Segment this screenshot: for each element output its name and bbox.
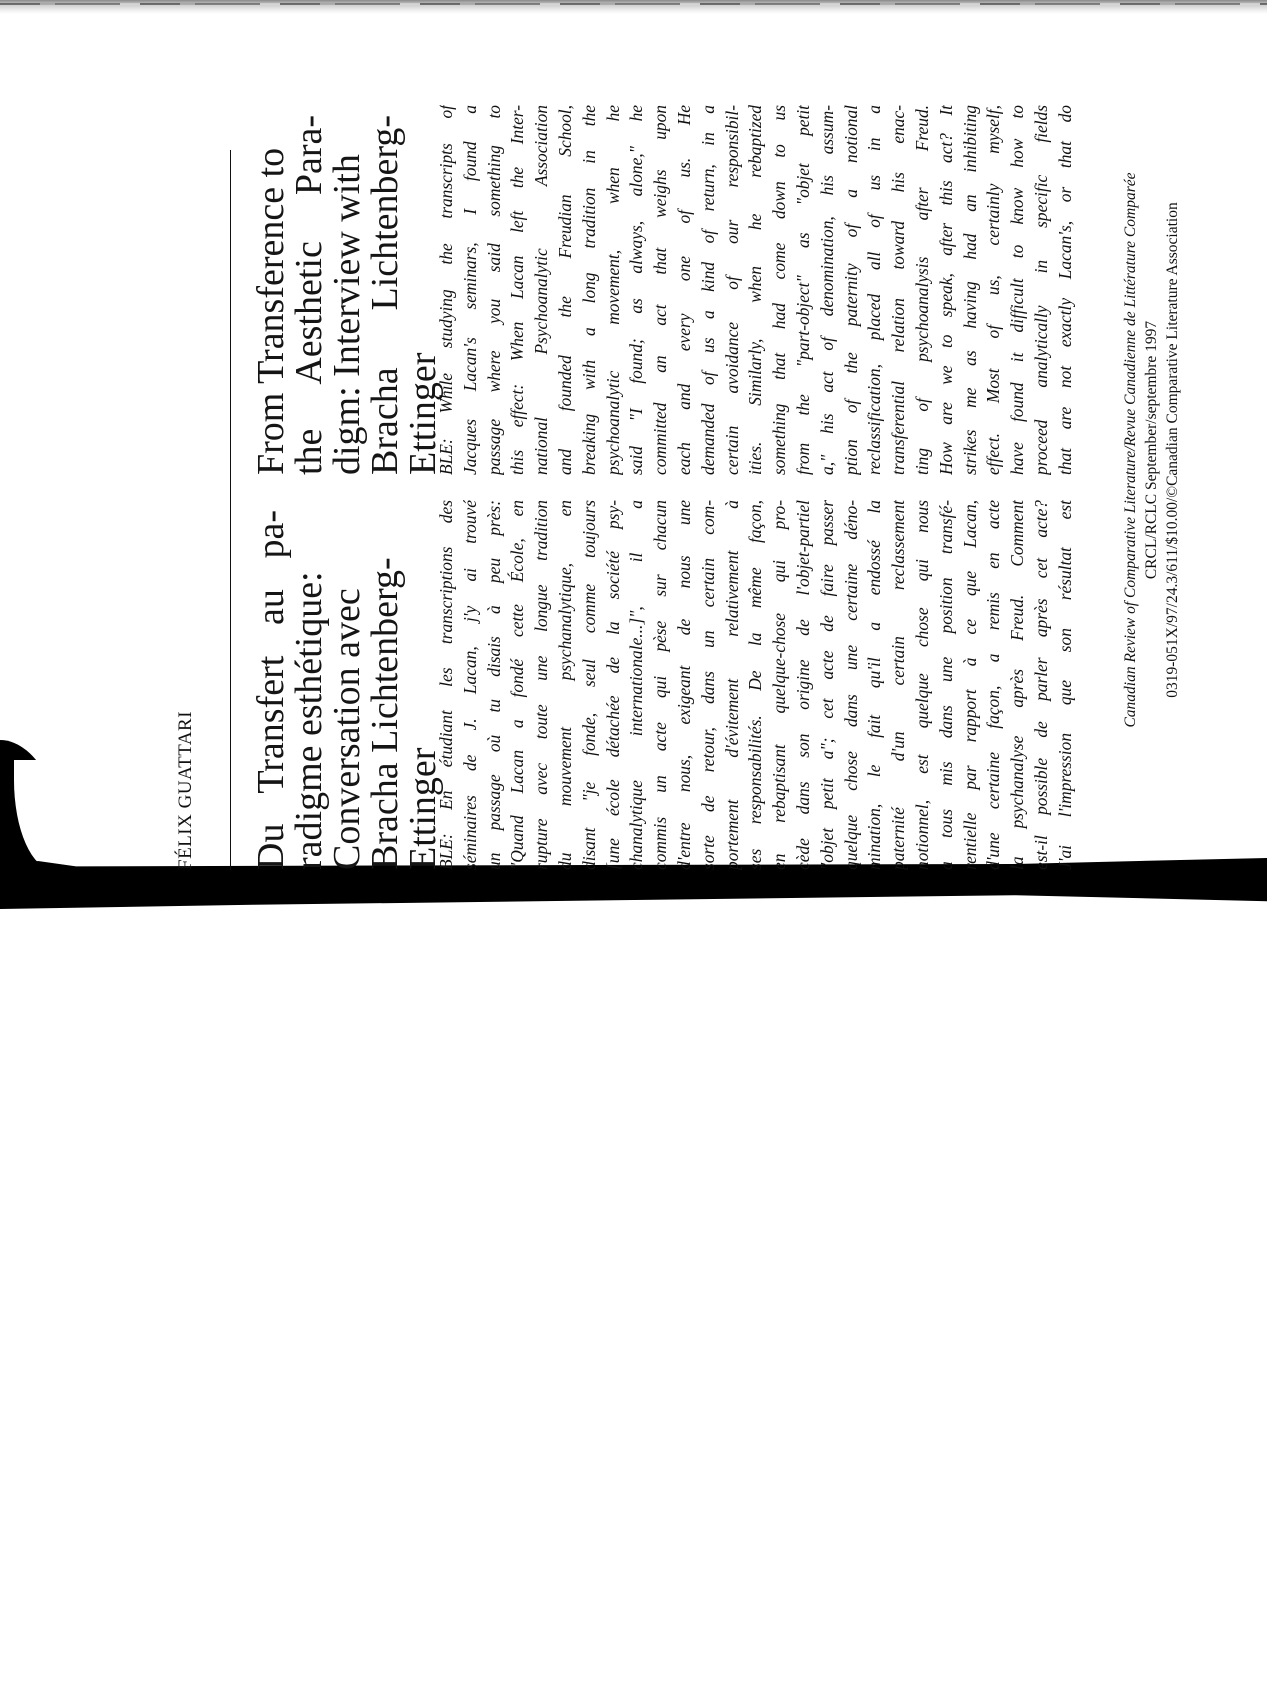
text-line: chanalytique internationale...]", il a bbox=[625, 500, 649, 870]
rotated-document-page: FÉLIX GUATTARI Du Transfert au pa- radig… bbox=[130, 30, 1230, 870]
text-line: strikes me as having had an inhibiting bbox=[959, 105, 983, 475]
text-line: ities. Similarly, when he rebaptized bbox=[744, 105, 768, 475]
text-line: something that had come down to us bbox=[768, 105, 792, 475]
text-line: effect. Most of us, certainly myself, bbox=[982, 105, 1006, 475]
text-line: reclassification, placed all of us in a bbox=[863, 105, 887, 475]
title-english: From Transference to the Aesthetic Para-… bbox=[252, 115, 442, 475]
title-line: radigme esthétique: bbox=[290, 510, 328, 870]
text-line: and founded the Freudian School, bbox=[554, 105, 578, 475]
running-head-author: FÉLIX GUATTARI bbox=[175, 711, 197, 870]
text-line: d'entre nous, exigeant de nous une bbox=[673, 500, 697, 870]
text-line: d'une certaine façon, a remis en acte bbox=[982, 500, 1006, 870]
text-line: transferential relation toward his enac- bbox=[887, 105, 911, 475]
text-line: a," his act of denomination, his assum- bbox=[816, 105, 840, 475]
text-line: rentielle par rapport à ce que Lacan, bbox=[959, 500, 983, 870]
text-line: est-il possible de parler après cet acte… bbox=[1030, 500, 1054, 870]
text-line: national Psychoanalytic Association bbox=[530, 105, 554, 475]
text-line: Jacques Lacan's seminars, I found a bbox=[459, 105, 483, 475]
article-titles: Du Transfert au pa- radigme esthétique: … bbox=[252, 110, 402, 870]
text-line: séminaires de J. Lacan, j'y ai trouvé bbox=[459, 500, 483, 870]
text-line: passage where you said something to bbox=[483, 105, 507, 475]
text-line: du mouvement psychanalytique, en bbox=[554, 500, 578, 870]
title-line: the Aesthetic Para- bbox=[290, 115, 328, 475]
text-line: committed an act that weighs upon bbox=[649, 105, 673, 475]
text-line: a tous mis dans une position transfé- bbox=[935, 500, 959, 870]
text-line: proceed analytically in specific fields bbox=[1030, 105, 1054, 475]
text-line: psychoanalytic movement, when he bbox=[602, 105, 626, 475]
text-line: certain avoidance of our responsibil- bbox=[721, 105, 745, 475]
body-column-french: BLE: En étudiant les transcriptions des … bbox=[435, 500, 1078, 870]
text-line: ting of psychoanalysis after Freud. bbox=[911, 105, 935, 475]
text-line: How are we to speak, after this act? It bbox=[935, 105, 959, 475]
text-line: "Quand Lacan a fondé cette École, en bbox=[506, 500, 530, 870]
text-line: en rebaptisant quelque-chose qui pro- bbox=[768, 500, 792, 870]
text-line: from the "part-object" as "objet petit bbox=[792, 105, 816, 475]
text-line: BLE: En étudiant les transcriptions des bbox=[435, 500, 459, 870]
text-line: ption of the paternity of a notional bbox=[840, 105, 864, 475]
title-line: Du Transfert au pa- bbox=[252, 510, 290, 870]
text-line: have found it difficult to know how to bbox=[1006, 105, 1030, 475]
text-line: disant "je fonde, seul comme toujours bbox=[578, 500, 602, 870]
text-line: each and every one of us. He bbox=[673, 105, 697, 475]
text-line: demanded of us a kind of return, in a bbox=[697, 105, 721, 475]
text-line: [une école détachée de la société psy- bbox=[602, 500, 626, 870]
text-line: la psychanalyse après Freud. Comment bbox=[1006, 500, 1030, 870]
text-line: mination, le fait qu'il a endossé la bbox=[863, 500, 887, 870]
header-rule bbox=[230, 150, 231, 870]
text-line: J'ai l'impression que son résultat est bbox=[1054, 500, 1078, 870]
scanner-edge-artifact bbox=[0, 0, 1267, 14]
text-line: commis un acte qui pèse sur chacun bbox=[649, 500, 673, 870]
text-line: breaking with a long tradition in the bbox=[578, 105, 602, 475]
title-line: digm: Interview with bbox=[328, 115, 366, 475]
text-line: cède dans son origine de l'objet-partiel bbox=[792, 500, 816, 870]
text-line: this effect: When Lacan left the Inter- bbox=[506, 105, 530, 475]
text-line: BLE: While studying the transcripts of bbox=[435, 105, 459, 475]
text-line: that are not exactly Lacan's, or that do bbox=[1054, 105, 1078, 475]
title-line: Conversation avec bbox=[328, 510, 366, 870]
footer-journal: Canadian Review of Comparative Literatur… bbox=[1120, 30, 1141, 870]
page-footer: Canadian Review of Comparative Literatur… bbox=[1120, 30, 1183, 870]
text-line: rupture avec toute une longue tradition bbox=[530, 500, 554, 870]
footer-copyright: 0319-051X/97/24.3/611/$10.00/©Canadian C… bbox=[1162, 30, 1183, 870]
text-line: "objet petit a"; cet acte de faire passe… bbox=[816, 500, 840, 870]
text-line: said "I found; as always, alone," he bbox=[625, 105, 649, 475]
text-line: paternité d'un certain reclassement bbox=[887, 500, 911, 870]
title-line: From Transference to bbox=[252, 115, 290, 475]
text-line: quelque chose dans une certaine déno- bbox=[840, 500, 864, 870]
text-line: portement d'évitement relativement à bbox=[721, 500, 745, 870]
title-line: Bracha Lichtenberg- bbox=[366, 115, 404, 475]
title-french: Du Transfert au pa- radigme esthétique: … bbox=[252, 510, 442, 870]
text-line: un passage où tu disais à peu près: bbox=[483, 500, 507, 870]
body-column-english: BLE: While studying the transcripts of J… bbox=[435, 105, 1078, 475]
text-line: sorte de retour, dans un certain com- bbox=[697, 500, 721, 870]
footer-date: CRCL/RCLC September/septembre 1997 bbox=[1141, 30, 1162, 870]
text-line: notionnel, est quelque chose qui nous bbox=[911, 500, 935, 870]
text-line: ses responsabilités. De la même façon, bbox=[744, 500, 768, 870]
title-line: Bracha Lichtenberg- bbox=[366, 510, 404, 870]
